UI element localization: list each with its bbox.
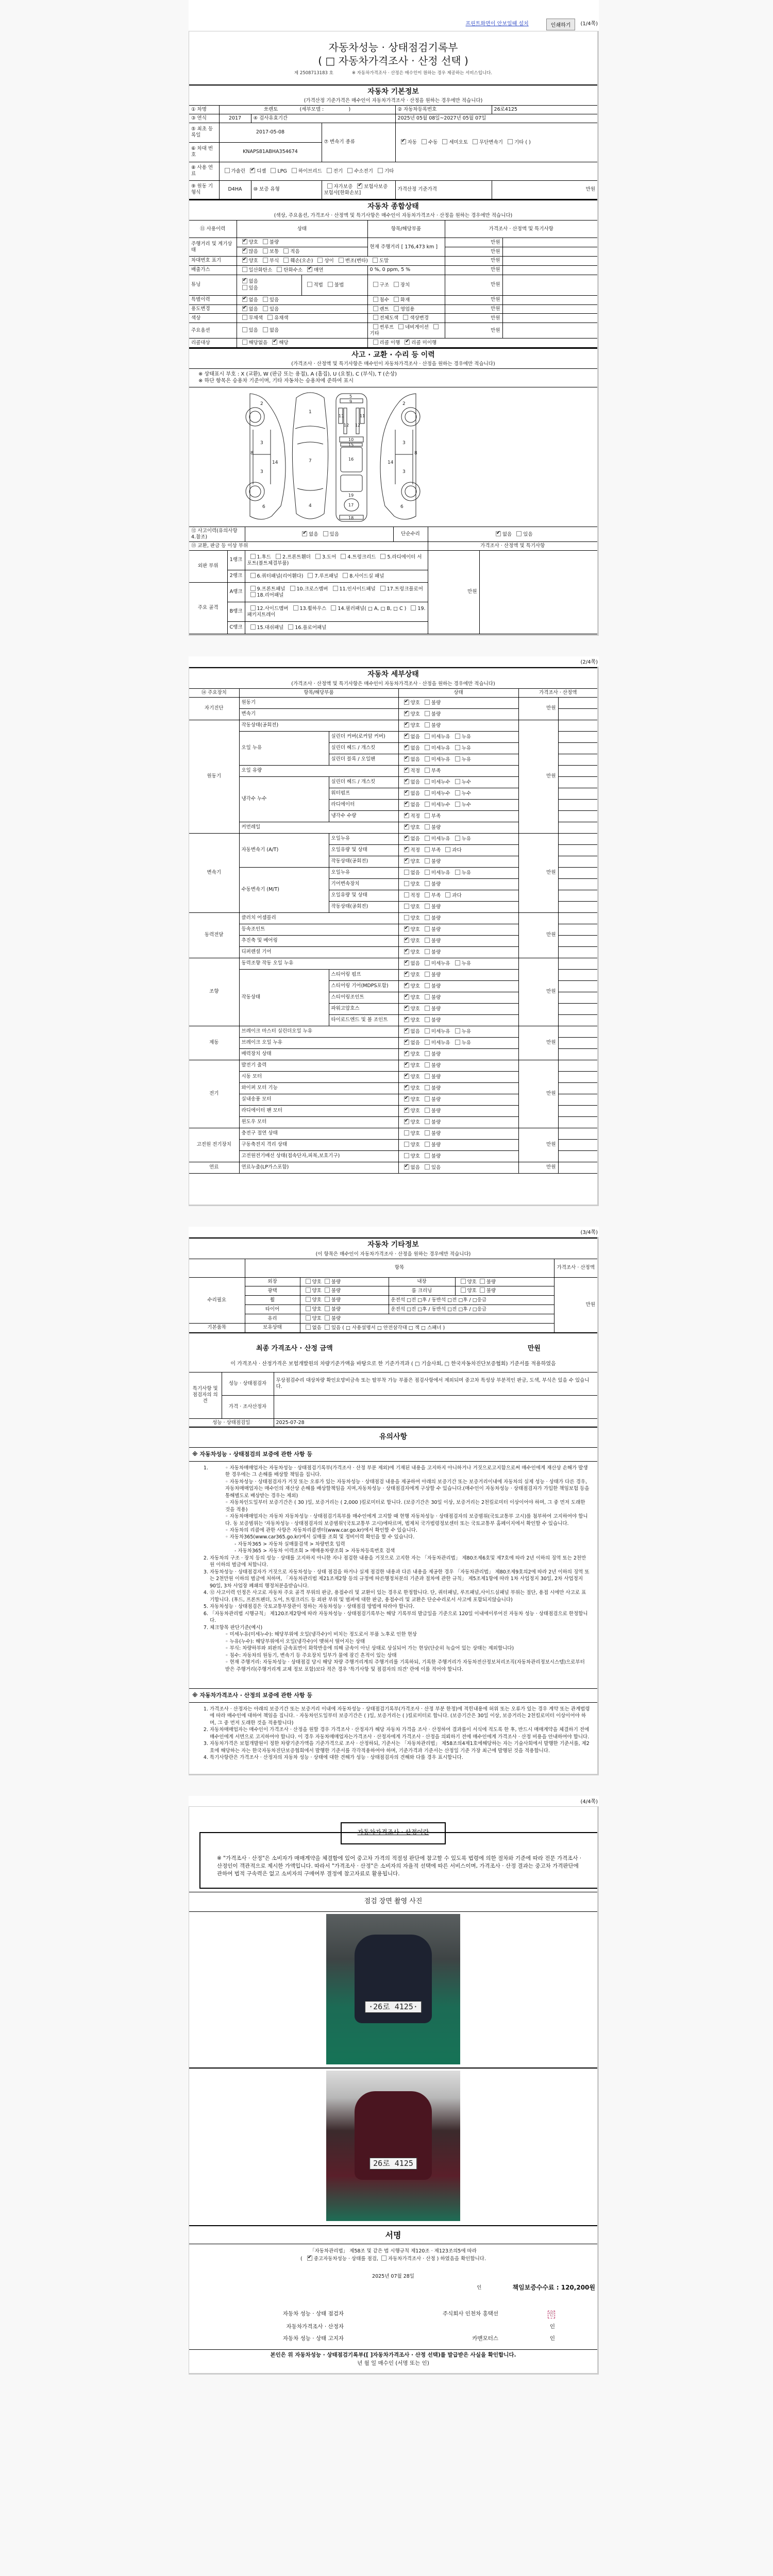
checkbox[interactable] bbox=[425, 904, 430, 909]
checkbox-checked[interactable] bbox=[242, 297, 247, 302]
remark[interactable] bbox=[558, 754, 597, 765]
checkbox-checked[interactable] bbox=[404, 1062, 409, 1067]
checkbox[interactable] bbox=[445, 847, 450, 852]
rank-label: 2랭크 bbox=[227, 570, 245, 582]
checkbox[interactable] bbox=[325, 1306, 330, 1311]
checkbox[interactable] bbox=[242, 267, 247, 272]
checkbox[interactable] bbox=[306, 1315, 311, 1320]
install-link[interactable]: 프린트화면이 안보일때 설치 bbox=[466, 21, 529, 28]
checkbox[interactable] bbox=[347, 168, 352, 173]
checkbox-checked[interactable] bbox=[404, 1028, 409, 1033]
checkbox[interactable] bbox=[263, 306, 268, 311]
checkbox-checked[interactable] bbox=[242, 306, 247, 311]
checkbox[interactable] bbox=[425, 1085, 430, 1090]
status-options: 양호 불량 bbox=[398, 878, 518, 890]
checkbox-checked[interactable] bbox=[272, 340, 277, 345]
row-label: 주요옵션 bbox=[189, 323, 237, 338]
option-label: 불량 bbox=[431, 995, 441, 1001]
checkbox[interactable] bbox=[442, 139, 447, 144]
checkbox[interactable] bbox=[394, 282, 399, 287]
checkbox-checked[interactable] bbox=[404, 734, 409, 739]
checkbox[interactable] bbox=[425, 915, 430, 920]
remark[interactable] bbox=[502, 238, 597, 247]
checkbox[interactable] bbox=[425, 847, 430, 852]
checkbox[interactable] bbox=[394, 297, 399, 302]
checkbox-checked[interactable] bbox=[404, 1096, 409, 1101]
checkbox[interactable] bbox=[306, 1306, 311, 1311]
checkbox[interactable] bbox=[263, 327, 268, 332]
checkbox[interactable] bbox=[455, 779, 460, 784]
option-label: 불량 bbox=[431, 711, 441, 717]
checkbox[interactable] bbox=[263, 239, 268, 244]
checkbox-checked[interactable] bbox=[404, 790, 409, 795]
checkbox-checked[interactable] bbox=[401, 139, 406, 144]
checkbox-checked[interactable] bbox=[242, 278, 247, 283]
remark[interactable] bbox=[558, 697, 597, 708]
remark[interactable] bbox=[558, 924, 597, 935]
checkbox[interactable] bbox=[425, 1028, 430, 1033]
checkbox[interactable] bbox=[425, 1096, 430, 1101]
remark[interactable] bbox=[502, 295, 597, 304]
checkbox-checked[interactable] bbox=[404, 960, 409, 965]
checkbox[interactable] bbox=[425, 768, 430, 773]
checkbox-checked[interactable] bbox=[404, 1040, 409, 1045]
remark[interactable] bbox=[558, 890, 597, 901]
remark[interactable] bbox=[558, 1116, 597, 1128]
checkbox-checked[interactable] bbox=[404, 1074, 409, 1079]
checkbox[interactable] bbox=[306, 1287, 311, 1293]
checkbox[interactable] bbox=[455, 836, 460, 841]
svg-text:16: 16 bbox=[348, 457, 354, 462]
checkbox[interactable] bbox=[331, 605, 336, 611]
option-label: 양호 bbox=[411, 825, 420, 831]
status-options: 없음 미세누유 누유 bbox=[398, 742, 518, 754]
rank-label: 1랭크 bbox=[227, 550, 245, 570]
checkbox[interactable] bbox=[425, 1142, 430, 1147]
checkbox[interactable] bbox=[425, 1040, 430, 1045]
option-label: 양호 bbox=[411, 1063, 420, 1069]
checkbox[interactable] bbox=[250, 592, 256, 597]
checkbox[interactable] bbox=[250, 573, 256, 578]
symbol-legend: ※ 상태표시 부호 : X (교환), W (판금 또는 용접), A (흠집)… bbox=[189, 368, 597, 387]
checkbox[interactable] bbox=[455, 960, 460, 965]
remark[interactable] bbox=[558, 935, 597, 946]
remark[interactable] bbox=[558, 1048, 597, 1060]
checkbox[interactable] bbox=[425, 938, 430, 943]
checkbox-checked[interactable] bbox=[404, 1119, 409, 1124]
checkbox[interactable] bbox=[267, 315, 273, 320]
checkbox-checked[interactable] bbox=[405, 340, 410, 345]
checkbox[interactable] bbox=[425, 836, 430, 841]
option-label: 미세누유 bbox=[431, 734, 450, 740]
checkbox[interactable] bbox=[250, 605, 256, 611]
section-note: (가격조사 · 산정액 및 특기사항은 매수인이 자동차가격조사 · 산정을 원… bbox=[189, 361, 597, 367]
checkbox[interactable] bbox=[404, 870, 409, 875]
checkbox[interactable] bbox=[461, 1279, 466, 1284]
remark[interactable] bbox=[558, 1128, 597, 1139]
label: ⑨ 원동 기형식 bbox=[189, 180, 219, 199]
checkbox[interactable] bbox=[315, 554, 321, 559]
checkbox-checked[interactable] bbox=[404, 779, 409, 784]
checkbox[interactable] bbox=[425, 722, 430, 727]
checkbox[interactable] bbox=[425, 983, 430, 988]
item-label: 휠 bbox=[245, 1296, 300, 1305]
checkbox[interactable] bbox=[403, 315, 408, 320]
checkbox[interactable] bbox=[317, 258, 323, 263]
checkbox[interactable] bbox=[425, 1108, 430, 1113]
checkbox[interactable] bbox=[425, 1017, 430, 1022]
checkbox-checked[interactable] bbox=[404, 711, 409, 716]
checkbox-checked[interactable] bbox=[404, 1108, 409, 1113]
checkbox[interactable] bbox=[378, 168, 383, 173]
checkbox[interactable] bbox=[341, 554, 346, 559]
checkbox-checked[interactable] bbox=[404, 1017, 409, 1022]
checkbox[interactable] bbox=[411, 605, 416, 611]
row-label: 튜닝 bbox=[189, 275, 237, 295]
option-label: 네비게이션 bbox=[405, 325, 429, 330]
checkbox[interactable] bbox=[480, 1287, 485, 1293]
checkbox[interactable] bbox=[516, 531, 522, 536]
checkbox[interactable] bbox=[425, 881, 430, 886]
checkbox[interactable] bbox=[404, 904, 409, 909]
unit: 만원 bbox=[445, 295, 502, 304]
option-label: 양호 bbox=[411, 1120, 420, 1125]
checkbox[interactable] bbox=[250, 554, 256, 559]
checkbox-checked[interactable] bbox=[404, 745, 409, 750]
option-label: 없음 bbox=[411, 734, 420, 740]
checkbox[interactable] bbox=[455, 802, 460, 807]
checkbox[interactable] bbox=[445, 892, 450, 897]
option-label: 있음 bbox=[431, 1165, 441, 1171]
checkbox[interactable] bbox=[327, 183, 332, 189]
checkbox[interactable] bbox=[327, 168, 332, 173]
checkbox[interactable] bbox=[404, 1153, 409, 1158]
checkbox[interactable] bbox=[373, 340, 378, 345]
checkbox[interactable] bbox=[306, 1279, 311, 1284]
sub-item-label: 실린더 블록 / 오일팬 bbox=[329, 754, 398, 765]
checkbox[interactable] bbox=[455, 870, 460, 875]
sub-item-label: 오일유량 및 상태 bbox=[329, 890, 398, 901]
remark[interactable] bbox=[479, 550, 597, 634]
checkbox[interactable] bbox=[328, 282, 333, 287]
svg-text:3: 3 bbox=[260, 440, 263, 446]
option-label: 불량 bbox=[431, 938, 441, 944]
checkbox[interactable] bbox=[425, 1153, 430, 1158]
remark[interactable] bbox=[502, 304, 597, 314]
checkbox[interactable] bbox=[292, 168, 297, 173]
other-info-header: 자동차 기타정보 (이 항목은 매수인이 자동차가격조사 · 산정을 원하는 경… bbox=[189, 1238, 597, 1258]
checkbox-checked[interactable] bbox=[404, 768, 409, 773]
checkbox[interactable] bbox=[425, 1051, 430, 1056]
checkbox-checked[interactable] bbox=[357, 183, 362, 189]
option-label: 하이브리드 bbox=[298, 168, 322, 174]
checkbox[interactable] bbox=[480, 1279, 485, 1284]
remark[interactable] bbox=[558, 1037, 597, 1048]
checkbox[interactable] bbox=[308, 573, 313, 578]
remark[interactable] bbox=[558, 1060, 597, 1071]
checkbox-checked[interactable] bbox=[404, 836, 409, 841]
print-button[interactable]: 인쇄하기 bbox=[546, 19, 576, 30]
checkbox-checked[interactable] bbox=[496, 531, 501, 536]
checkbox-checked[interactable] bbox=[404, 847, 409, 852]
checkbox[interactable] bbox=[225, 168, 230, 173]
checkbox[interactable] bbox=[276, 554, 281, 559]
checkbox-checked[interactable] bbox=[307, 2256, 312, 2261]
checkbox-checked[interactable] bbox=[404, 858, 409, 863]
remark[interactable] bbox=[502, 275, 597, 295]
checkbox[interactable] bbox=[455, 756, 460, 761]
checkbox[interactable] bbox=[425, 870, 430, 875]
remark[interactable] bbox=[558, 867, 597, 878]
status-options: 양호 불량 bbox=[398, 1116, 518, 1128]
checkbox-checked[interactable] bbox=[404, 994, 409, 999]
checkbox[interactable] bbox=[404, 892, 409, 897]
checkbox[interactable] bbox=[455, 790, 460, 795]
remark[interactable] bbox=[558, 856, 597, 867]
checkbox[interactable] bbox=[325, 1315, 330, 1320]
checkbox[interactable] bbox=[425, 926, 430, 931]
remark[interactable] bbox=[502, 323, 597, 338]
remark[interactable] bbox=[558, 731, 597, 742]
checkbox[interactable] bbox=[433, 324, 439, 329]
remark[interactable] bbox=[558, 912, 597, 924]
checkbox[interactable] bbox=[425, 824, 430, 829]
checkbox[interactable] bbox=[455, 1040, 460, 1045]
checkbox[interactable] bbox=[398, 324, 404, 329]
checkbox-checked[interactable] bbox=[404, 824, 409, 829]
checkbox[interactable] bbox=[283, 248, 289, 253]
checkbox-checked[interactable] bbox=[250, 168, 255, 173]
checkbox[interactable] bbox=[283, 258, 289, 263]
checkbox[interactable] bbox=[306, 1325, 311, 1330]
section-title: 서명 bbox=[189, 2230, 597, 2241]
checkbox[interactable] bbox=[425, 711, 430, 716]
remark[interactable] bbox=[558, 969, 597, 980]
checkbox[interactable] bbox=[339, 258, 344, 263]
sign-date: 2025년 07월 28일 bbox=[189, 2274, 597, 2280]
remark[interactable] bbox=[558, 822, 597, 833]
checkbox[interactable] bbox=[307, 282, 312, 287]
checkbox-checked[interactable] bbox=[404, 1051, 409, 1056]
checkbox[interactable] bbox=[373, 306, 378, 311]
remark[interactable] bbox=[502, 247, 597, 257]
checkbox[interactable] bbox=[325, 1279, 330, 1284]
checkbox-checked[interactable] bbox=[404, 722, 409, 727]
option-label: 없음 bbox=[411, 757, 420, 762]
checkbox[interactable] bbox=[425, 858, 430, 863]
checkbox-checked[interactable] bbox=[404, 756, 409, 761]
checkbox[interactable] bbox=[250, 624, 256, 630]
checkbox[interactable] bbox=[425, 1164, 430, 1170]
remark[interactable] bbox=[558, 901, 597, 912]
remark[interactable] bbox=[502, 256, 597, 265]
rank-items: 6.쿼터패널(리어휀다) 7.루프패널 8.사이드실 패널 bbox=[245, 570, 428, 582]
checkbox[interactable] bbox=[242, 340, 247, 345]
checkbox[interactable] bbox=[425, 972, 430, 977]
checkbox[interactable] bbox=[288, 624, 293, 630]
checkbox[interactable] bbox=[425, 892, 430, 897]
status-options: 양호 불량 bbox=[398, 912, 518, 924]
option-label: 누유 bbox=[462, 1029, 471, 1035]
checkbox[interactable] bbox=[425, 734, 430, 739]
checkbox[interactable] bbox=[425, 756, 430, 761]
remark[interactable] bbox=[558, 742, 597, 754]
checkbox[interactable] bbox=[323, 531, 328, 536]
remark[interactable] bbox=[558, 1082, 597, 1094]
checkbox[interactable] bbox=[263, 258, 268, 263]
price-notice-item: 특기사항란은 가격조사 · 산정자의 자동차 성능 · 상태에 대한 견해가 성… bbox=[210, 1754, 590, 1761]
remark[interactable] bbox=[558, 1003, 597, 1014]
checkbox[interactable] bbox=[425, 802, 430, 807]
remark[interactable] bbox=[502, 314, 597, 323]
checkbox-checked[interactable] bbox=[404, 1006, 409, 1011]
checkbox[interactable] bbox=[425, 994, 430, 999]
checkbox-checked[interactable] bbox=[242, 248, 247, 253]
checkbox[interactable] bbox=[380, 554, 385, 559]
checkbox[interactable] bbox=[343, 573, 348, 578]
checkbox[interactable] bbox=[293, 605, 298, 611]
row-label: 리콜대상 bbox=[189, 338, 237, 348]
remark[interactable] bbox=[558, 720, 597, 731]
remark[interactable] bbox=[558, 799, 597, 810]
checkbox[interactable] bbox=[404, 1142, 409, 1147]
checkbox[interactable] bbox=[508, 139, 513, 144]
remark[interactable] bbox=[558, 1139, 597, 1150]
checkbox[interactable] bbox=[404, 915, 409, 920]
checkbox[interactable] bbox=[373, 297, 378, 302]
checkbox-checked[interactable] bbox=[404, 972, 409, 977]
remark[interactable] bbox=[558, 1071, 597, 1082]
checkbox[interactable] bbox=[394, 306, 399, 311]
fee-row: 인 책임보증수수료 : 120,200원 bbox=[189, 2284, 597, 2292]
checkbox[interactable] bbox=[425, 745, 430, 750]
checkbox[interactable] bbox=[373, 258, 378, 263]
checkbox-checked[interactable] bbox=[404, 1164, 409, 1170]
option-label: 미세누유 bbox=[431, 836, 450, 842]
checkbox[interactable] bbox=[263, 297, 268, 302]
checkbox[interactable] bbox=[325, 1297, 330, 1302]
remark[interactable] bbox=[558, 1014, 597, 1026]
checkbox[interactable] bbox=[425, 700, 430, 705]
checkbox[interactable] bbox=[455, 734, 460, 739]
remark[interactable] bbox=[558, 980, 597, 992]
checkbox-checked[interactable] bbox=[404, 1085, 409, 1090]
checkbox[interactable] bbox=[473, 139, 478, 144]
checkbox[interactable] bbox=[250, 586, 256, 591]
checkbox[interactable] bbox=[455, 1028, 460, 1033]
row-label: 기본품목 bbox=[189, 1323, 245, 1332]
remark[interactable] bbox=[558, 1094, 597, 1105]
remark[interactable] bbox=[558, 788, 597, 799]
checkbox[interactable] bbox=[325, 1325, 330, 1330]
checkbox[interactable] bbox=[425, 1074, 430, 1079]
option-label: 누유 bbox=[462, 870, 471, 876]
checkbox[interactable] bbox=[425, 790, 430, 795]
checkbox[interactable] bbox=[263, 248, 268, 253]
checkbox[interactable] bbox=[461, 1287, 466, 1293]
page-2: 자동차 세부상태 (가격조사 · 산정액 및 특기사항은 매수인이 자동차가격조… bbox=[189, 667, 599, 1206]
remark[interactable] bbox=[558, 776, 597, 788]
checkbox[interactable] bbox=[242, 285, 247, 290]
checkbox-checked[interactable] bbox=[302, 531, 307, 536]
item-label: 유리 bbox=[245, 1314, 300, 1324]
checkbox[interactable] bbox=[425, 1119, 430, 1124]
remark[interactable] bbox=[558, 1105, 597, 1116]
checkbox-checked[interactable] bbox=[404, 926, 409, 931]
device-group: 전기 bbox=[189, 1060, 239, 1128]
remark[interactable] bbox=[558, 946, 597, 958]
checkbox[interactable] bbox=[380, 586, 385, 591]
checkbox[interactable] bbox=[425, 1006, 430, 1011]
remark[interactable] bbox=[558, 833, 597, 844]
checkbox[interactable] bbox=[242, 327, 247, 332]
checkbox[interactable] bbox=[425, 949, 430, 954]
remark[interactable] bbox=[558, 958, 597, 969]
remark[interactable] bbox=[558, 844, 597, 856]
remark[interactable] bbox=[558, 765, 597, 776]
checkbox[interactable] bbox=[306, 1297, 311, 1302]
car-diagram-icon: 2 3 3 8 14 6 1 7 4 bbox=[189, 387, 599, 527]
svg-text:10: 10 bbox=[348, 437, 354, 442]
checkbox-checked[interactable] bbox=[404, 813, 409, 818]
checkbox[interactable] bbox=[242, 315, 247, 320]
checkbox[interactable] bbox=[373, 282, 378, 287]
checkbox[interactable] bbox=[373, 315, 378, 320]
remark[interactable] bbox=[502, 265, 597, 275]
checkbox[interactable] bbox=[425, 960, 430, 965]
checkbox-checked[interactable] bbox=[404, 700, 409, 705]
remark[interactable] bbox=[558, 1162, 597, 1173]
checkbox-checked[interactable] bbox=[404, 802, 409, 807]
checkbox[interactable] bbox=[277, 267, 282, 272]
unit: 만원 bbox=[445, 304, 502, 314]
checkbox[interactable] bbox=[333, 586, 338, 591]
checkbox[interactable] bbox=[425, 813, 430, 818]
checkbox-checked[interactable] bbox=[242, 239, 247, 244]
checkbox-checked[interactable] bbox=[404, 938, 409, 943]
option-label: 도말 bbox=[379, 258, 389, 264]
remark[interactable] bbox=[558, 1026, 597, 1037]
checkbox[interactable] bbox=[290, 586, 295, 591]
checkbox-checked[interactable] bbox=[404, 949, 409, 954]
remark[interactable] bbox=[558, 878, 597, 890]
checkbox[interactable] bbox=[425, 779, 430, 784]
checkbox[interactable] bbox=[425, 1062, 430, 1067]
option-label: 세미오토 bbox=[449, 140, 468, 145]
checkbox[interactable] bbox=[422, 139, 427, 144]
checkbox[interactable] bbox=[381, 2256, 386, 2261]
checkbox[interactable] bbox=[404, 1130, 409, 1136]
checkbox[interactable] bbox=[404, 881, 409, 886]
option-label: 17.트렁크플로어 bbox=[387, 586, 423, 592]
checkbox[interactable] bbox=[271, 168, 276, 173]
signer-name bbox=[344, 2324, 498, 2330]
checkbox[interactable] bbox=[425, 1130, 430, 1136]
checkbox-checked[interactable] bbox=[307, 267, 312, 272]
checkbox-checked[interactable] bbox=[242, 258, 247, 263]
checkbox[interactable] bbox=[325, 1287, 330, 1293]
remark[interactable] bbox=[558, 708, 597, 720]
checkbox-checked[interactable] bbox=[404, 983, 409, 988]
device-group: 고전원 전기장치 bbox=[189, 1128, 239, 1162]
car-name-cell: 쏘렌토 (세부모델 : ) bbox=[219, 106, 395, 114]
remark[interactable] bbox=[558, 1150, 597, 1162]
remark[interactable] bbox=[558, 810, 597, 822]
checkbox[interactable] bbox=[455, 745, 460, 750]
checkbox[interactable] bbox=[373, 324, 378, 329]
accident-header: 사고 · 교환 · 수리 등 이력 (가격조사 · 산정액 및 특기사항은 매수… bbox=[189, 348, 597, 368]
remark[interactable] bbox=[558, 992, 597, 1003]
